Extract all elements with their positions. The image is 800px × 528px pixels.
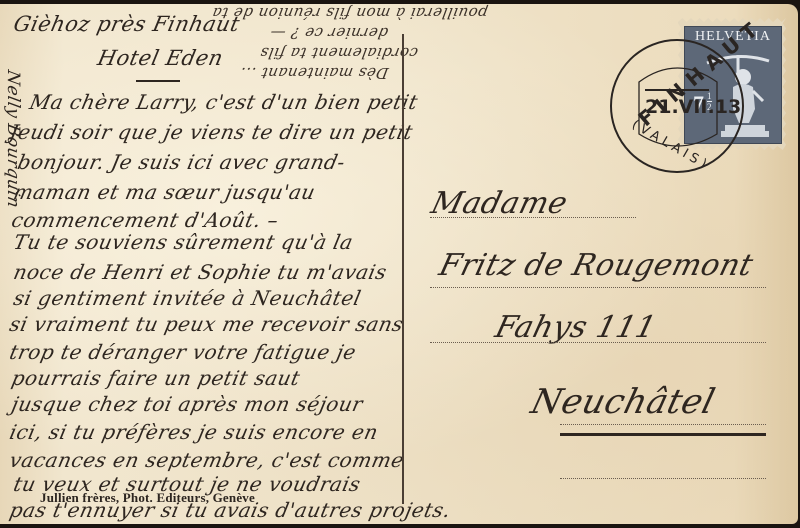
- message-line-1: Ma chère Larry, c'est d'un bien petit: [27, 90, 420, 114]
- message-line-13: ici, si tu préfères je suis encore en: [7, 420, 380, 444]
- message-line-11: pourrais faire un petit saut: [9, 366, 302, 390]
- address-thick-rule: [560, 433, 766, 436]
- location-underline: [136, 80, 180, 82]
- postmark: FINHAUT 21.VII.13 (VALAIS): [605, 34, 755, 184]
- address-rule-3: [430, 342, 766, 343]
- upside-down-line-2: dernier ce ? —: [268, 24, 389, 42]
- address-line-4: Neuchâtel: [527, 382, 719, 422]
- postmark-date: 21.VII.13: [645, 96, 741, 118]
- message-line-2: Jeudi soir que je viens te dire un petit: [7, 120, 415, 144]
- address-rule-4: [560, 424, 766, 425]
- address-line-2: Fritz de Rougemont: [436, 248, 757, 283]
- message-line-7: noce de Henri et Sophie tu m'avais: [11, 260, 389, 284]
- address-line-1: Madame: [428, 186, 572, 221]
- address-rule-2: [430, 287, 766, 288]
- publisher-imprint: Jullien frères, Phot. Editeurs, Genève: [40, 490, 255, 506]
- message-line-3: bonjour. Je suis ici avec grand-: [15, 150, 347, 174]
- address-line-3: Fahys 111: [492, 310, 660, 345]
- message-line-10: trop te déranger votre fatigue je: [7, 340, 358, 364]
- upside-down-line-4: Dès maintenant ...: [238, 64, 389, 82]
- message-line-14: vacances en septembre, c'est comme: [7, 448, 406, 472]
- sender-location-line-2: Hotel Eden: [95, 46, 225, 70]
- address-rule-5: [560, 478, 766, 479]
- center-divider: [402, 34, 404, 504]
- sender-location-line-1: Gièhoz près Finhaut: [11, 12, 242, 36]
- message-line-5: commencement d'Août. –: [9, 208, 281, 232]
- message-line-6: Tu te souviens sûrement qu'à la: [11, 230, 355, 254]
- message-line-4: maman et ma sœur jusqu'au: [11, 180, 317, 204]
- upside-down-line-3: cordialement ta fils: [258, 44, 419, 62]
- message-line-8: si gentiment invitée à Neuchâtel: [11, 286, 363, 310]
- message-line-9: si vraiment tu peux me recevoir sans: [7, 312, 405, 336]
- postcard: pouillerai à mon fils réunion de ta dern…: [0, 4, 798, 524]
- address-rule-1: [430, 217, 636, 218]
- upside-down-line-1: pouillerai à mon fils réunion de ta: [210, 4, 489, 22]
- message-line-12: jusque chez toi après mon séjour: [9, 392, 365, 416]
